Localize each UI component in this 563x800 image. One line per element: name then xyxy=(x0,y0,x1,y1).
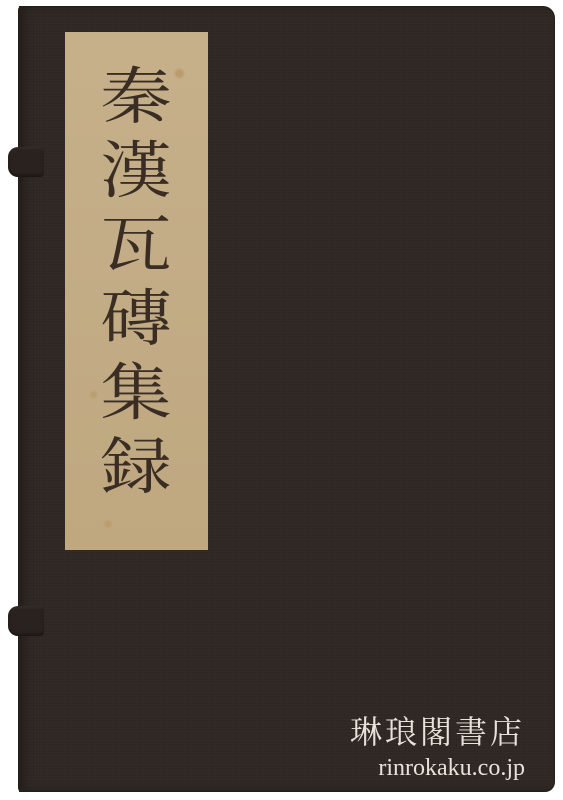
book-title: 秦 漢 瓦 磚 集 録 xyxy=(65,60,208,504)
title-char: 秦 xyxy=(101,60,172,134)
shop-url: rinrokaku.co.jp xyxy=(350,754,525,782)
title-char: 磚 xyxy=(101,282,172,356)
title-char: 瓦 xyxy=(101,208,172,282)
shop-name: 琳琅閣書店 xyxy=(350,712,525,752)
binding-thread-top xyxy=(8,147,44,177)
title-char: 集 xyxy=(101,356,172,430)
title-label: 秦 漢 瓦 磚 集 録 xyxy=(65,32,208,550)
shop-watermark: 琳琅閣書店 rinrokaku.co.jp xyxy=(350,712,525,782)
title-char: 漢 xyxy=(101,134,172,208)
title-char: 録 xyxy=(101,430,172,504)
spine-edge xyxy=(19,6,23,792)
binding-thread-bottom xyxy=(8,606,44,636)
